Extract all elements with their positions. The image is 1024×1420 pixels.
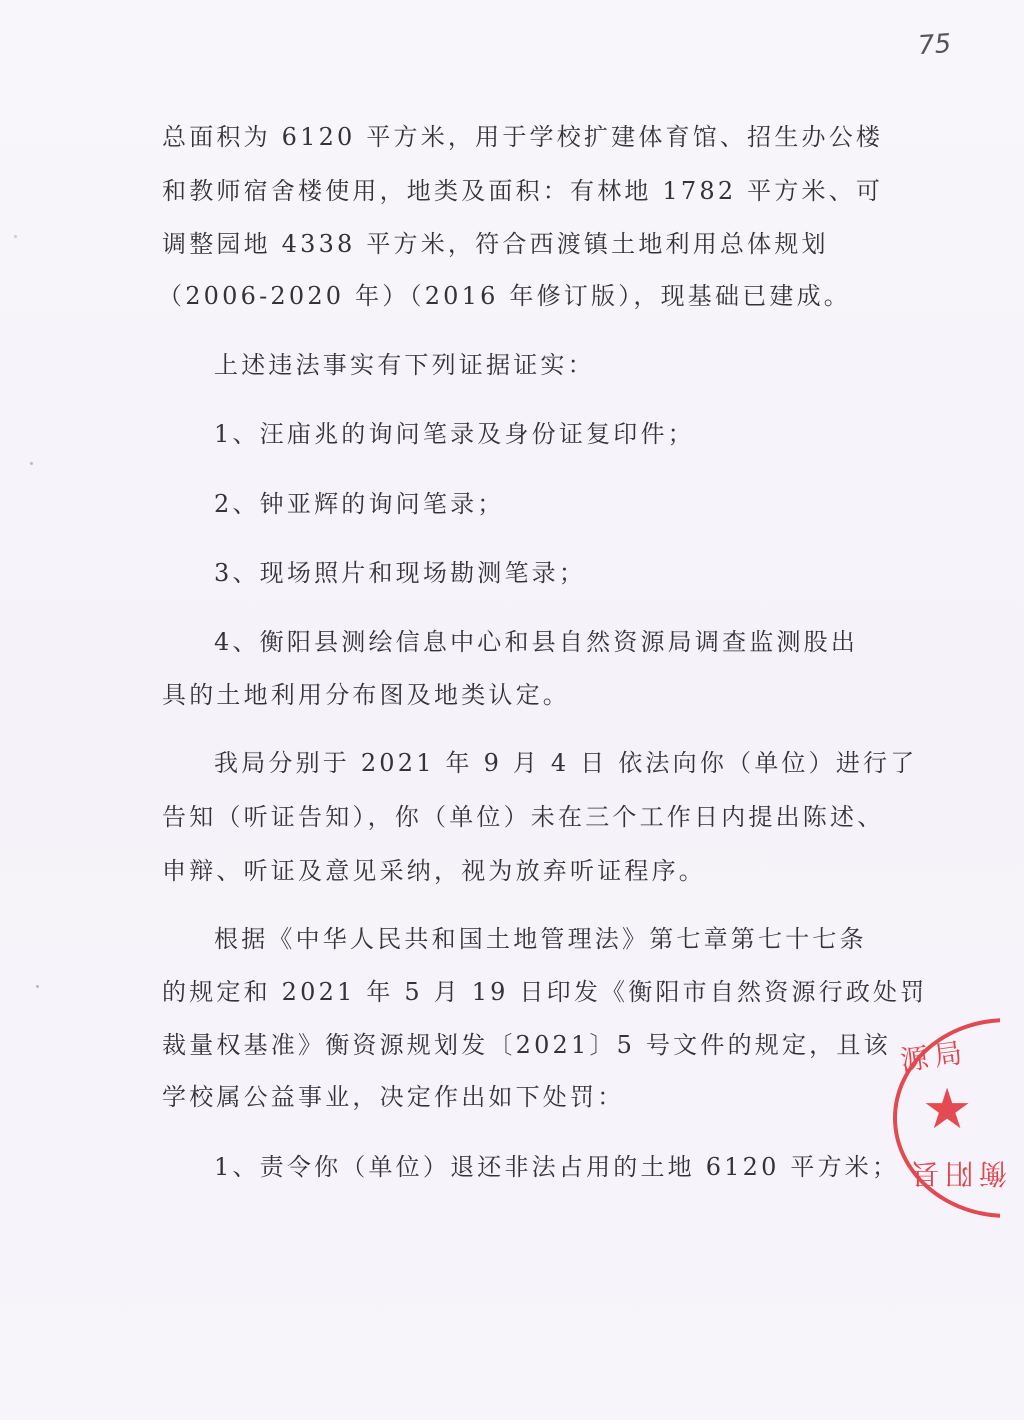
text-line: 和教师宿舍楼使用，地类及面积：有林地 1782 平方米、可 — [162, 176, 862, 206]
text-line: 申辩、听证及意见采纳，视为放弃听证程序。 — [162, 856, 862, 886]
penalty-item-1: 1、责令你（单位）退还非法占用的土地 6120 平方米； — [214, 1152, 914, 1182]
evidence-item-1: 1、汪庙兆的询问笔录及身份证复印件； — [214, 419, 914, 449]
text-line: 裁量权基准》衡资源规划发〔2021〕5 号文件的规定，且该 — [162, 1030, 862, 1060]
evidence-item-2: 2、钟亚辉的询问笔录； — [214, 489, 914, 519]
text-line: （2006-2020 年）（2016 年修订版），现基础已建成。 — [158, 281, 858, 311]
text-line: 总面积为 6120 平方米，用于学校扩建体育馆、招生办公楼 — [162, 122, 862, 152]
text-line: 学校属公益事业，决定作出如下处罚： — [162, 1082, 862, 1112]
text-line: 的规定和 2021 年 5 月 19 日印发《衡阳市自然资源行政处罚 — [162, 977, 862, 1007]
evidence-item-4: 4、衡阳县测绘信息中心和县自然资源局调查监测股出 — [214, 627, 914, 657]
text-line: 告知（听证告知），你（单位）未在三个工作日内提出陈述、 — [162, 802, 862, 832]
text-line: 具的土地利用分布图及地类认定。 — [162, 680, 862, 710]
legal-basis-paragraph: 根据《中华人民共和国土地管理法》第七章第七十七条 — [214, 924, 914, 954]
scan-speck — [30, 462, 33, 465]
evidence-heading: 上述违法事实有下列证据证实： — [214, 350, 914, 380]
page-number: 75 — [917, 29, 952, 61]
notice-paragraph: 我局分别于 2021 年 9 月 4 日 依法向你（单位）进行了 — [214, 748, 914, 778]
scan-speck — [14, 235, 17, 238]
document-page: 75 总面积为 6120 平方米，用于学校扩建体育馆、招生办公楼 和教师宿舍楼使… — [0, 0, 1024, 1420]
scan-speck — [36, 985, 39, 988]
evidence-item-3: 3、现场照片和现场勘测笔录； — [214, 558, 914, 588]
text-line: 调整园地 4338 平方米，符合西渡镇土地利用总体规划 — [162, 229, 862, 259]
star-icon: ★ — [922, 1082, 972, 1138]
seal-bottom-text: 衡阳县 — [905, 1155, 1007, 1195]
